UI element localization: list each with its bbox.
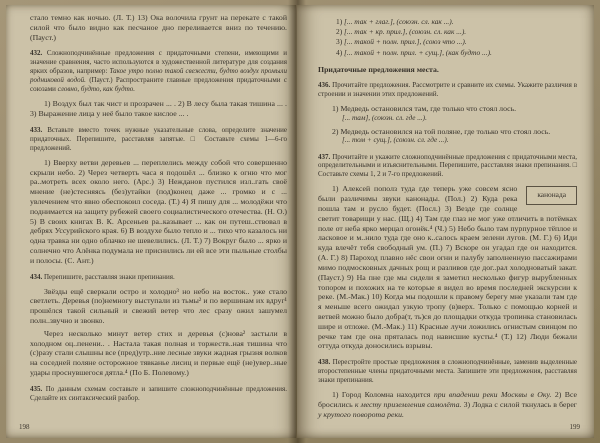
example-item-2: 2) Медведь остановился на той поляне, гд…	[332, 127, 577, 146]
sentence-set-438: 1) Город Коломна находится при впадении …	[318, 390, 577, 419]
paragraph-continuation: стало темно как ночью. (Л. Т.) 13) Ока в…	[30, 13, 287, 42]
text-run: 432.	[30, 49, 47, 57]
text-line: Звёзды ещё сверкали остро и холодно³ но …	[30, 287, 287, 326]
text-run: 4)	[336, 48, 344, 57]
text-run: при впадении реки Москвы в Оку.	[434, 390, 552, 399]
text-run: 435.	[30, 385, 46, 393]
text-run: Перестройте простые предложения в сложно…	[318, 358, 577, 384]
text-run: [... такой + полн. прил.], (союз что ...…	[344, 37, 467, 46]
text-run: Через несколько минут ветер стих и дерев…	[30, 329, 287, 377]
text-line: стало темно как ночью. (Л. Т.) 13) Ока в…	[30, 13, 287, 42]
text-run: стало темно как ночью. (Л. Т.) 13) Ока в…	[30, 13, 287, 42]
text-run: Придаточные предложения места.	[318, 65, 439, 74]
sentence-set-437: канонада1) Алексей пополз туда где тепер…	[318, 184, 577, 351]
text-line: [... там], (союзн. сл. где ...).	[342, 114, 577, 123]
exercise-434: 434. Перепишите, расставляя знаки препин…	[30, 273, 287, 282]
example-item-1: 1) Медведь остановился там, где только ч…	[332, 104, 577, 123]
margin-word-box: канонада	[526, 186, 577, 204]
text-line: Через несколько минут ветер стих и дерев…	[30, 329, 287, 378]
text-run: 438.	[318, 358, 333, 366]
text-line: 432. Сложноподчинённые предложения с при…	[30, 49, 287, 94]
text-line: 1) Вверху ветви деревьев ... переплелись…	[30, 158, 287, 266]
text-run: [... так + глаг.], (союзн. сл. как ...).	[344, 17, 454, 26]
text-run: у крутого поворота реки.	[318, 410, 404, 419]
section-heading: Придаточные предложения места.	[318, 65, 577, 74]
exercise-436: 436. Прочитайте предложения. Рассмотрите…	[318, 81, 577, 99]
dictation-passage-1: Звёзды ещё сверкали остро и холодно³ но …	[30, 287, 287, 326]
text-run: Перепишите, расставляя знаки препинания.	[44, 273, 175, 281]
scheme-list-435: 1) [... так + глаг.], (союзн. сл. как ..…	[336, 17, 577, 58]
sentence-set-432: 1) Воздух был так чист и прозрачен ... .…	[30, 99, 287, 119]
text-line: [... том + сущ.], (союзн. сл. где ...).	[342, 136, 577, 145]
text-run: 1) Город Коломна находится	[332, 390, 434, 399]
text-line: 1) [... так + глаг.], (союзн. сл. как ..…	[336, 17, 577, 27]
text-run: По данным схемам составьте и запишите сл…	[30, 385, 287, 402]
page-left: стало темно как ночью. (Л. Т.) 13) Ока в…	[6, 5, 296, 438]
text-line: 437. Прочитайте и укажите сложноподчинён…	[318, 153, 577, 180]
text-run: 1) Воздух был так чист и прозрачен ... .…	[30, 99, 287, 118]
text-line: 1) Город Коломна находится при впадении …	[318, 390, 577, 419]
sentence-set-433: 1) Вверху ветви деревьев ... переплелись…	[30, 158, 287, 266]
text-run: Прочитайте предложения. Рассмотрите и ср…	[318, 81, 577, 98]
text-run: [... такой + полн. прил. + сущ.], (как б…	[344, 48, 492, 57]
text-run: [... том + сущ.], (союзн. сл. где ...).	[342, 136, 449, 144]
text-run: 436.	[318, 81, 332, 89]
page-number-right: 199	[570, 423, 581, 431]
page-right: 1) [... так + глаг.], (союзн. сл. как ..…	[297, 5, 594, 438]
text-line: 433. Вставьте вместо точек нужные указат…	[30, 126, 287, 153]
text-run: Звёзды ещё сверкали остро и холодно³ но …	[30, 287, 287, 325]
text-line: 4) [... такой + полн. прил. + сущ.], (ка…	[336, 48, 577, 58]
exercise-433: 433. Вставьте вместо точек нужные указат…	[30, 126, 287, 153]
text-line: 434. Перепишите, расставляя знаки препин…	[30, 273, 287, 282]
text-run: словно, будто, как будто.	[58, 85, 135, 93]
text-line: 1) Алексей пополз туда где теперь уже со…	[318, 184, 577, 351]
page-right-content: 1) [... так + глаг.], (союзн. сл. как ..…	[318, 17, 577, 423]
text-run: 1) Вверху ветви деревьев ... переплелись…	[30, 158, 287, 265]
text-run: 434.	[30, 273, 44, 281]
text-line: 1) Медведь остановился там, где только ч…	[332, 104, 577, 114]
text-line: 436. Прочитайте предложения. Рассмотрите…	[318, 81, 577, 99]
text-line: 435. По данным схемам составьте и запиши…	[30, 385, 287, 403]
text-run: 2)	[336, 27, 344, 36]
text-run: [... так + кр. прил.], (союзн. сл. как .…	[344, 27, 466, 36]
text-line: 2) Медведь остановился на той поляне, гд…	[332, 127, 577, 137]
text-run: Прочитайте и укажите сложноподчинённые п…	[318, 153, 577, 179]
text-line: 1) Воздух был так чист и прозрачен ... .…	[30, 99, 287, 119]
text-run: 2) Медведь остановился на той поляне, гд…	[332, 127, 550, 136]
exercise-432: 432. Сложноподчинённые предложения с при…	[30, 49, 287, 94]
exercise-435: 435. По данным схемам составьте и запиши…	[30, 385, 287, 403]
page-left-content: стало темно как ночью. (Л. Т.) 13) Ока в…	[30, 13, 287, 408]
text-run: [... там], (союзн. сл. где ...).	[342, 114, 427, 122]
text-run: 437.	[318, 153, 332, 161]
page-number-left: 198	[19, 423, 30, 431]
exercise-437: 437. Прочитайте и укажите сложноподчинён…	[318, 153, 577, 180]
text-run: 1) Медведь остановился там, где только ч…	[332, 104, 516, 113]
text-run: 3)	[336, 37, 344, 46]
text-line: 2) [... так + кр. прил.], (союзн. сл. ка…	[336, 27, 577, 37]
text-run: 1)	[336, 17, 344, 26]
text-run: 1) Алексей пополз туда где теперь уже со…	[318, 184, 577, 350]
text-line: 3) [... такой + полн. прил.], (союз что …	[336, 37, 577, 47]
text-run: Вставьте вместо точек нужные указательны…	[30, 126, 287, 152]
book-spread-scan: стало темно как ночью. (Л. Т.) 13) Ока в…	[0, 0, 600, 443]
exercise-438: 438. Перестройте простые предложения в с…	[318, 358, 577, 385]
text-run: к месту приземления самолёта.	[355, 400, 462, 409]
dictation-passage-2: Через несколько минут ветер стих и дерев…	[30, 329, 287, 378]
text-line: Придаточные предложения места.	[318, 65, 577, 74]
text-line: 438. Перестройте простые предложения в с…	[318, 358, 577, 385]
text-run: 433.	[30, 126, 47, 134]
text-run: 3) Лодка с силой ткнулась в берег	[461, 400, 577, 409]
